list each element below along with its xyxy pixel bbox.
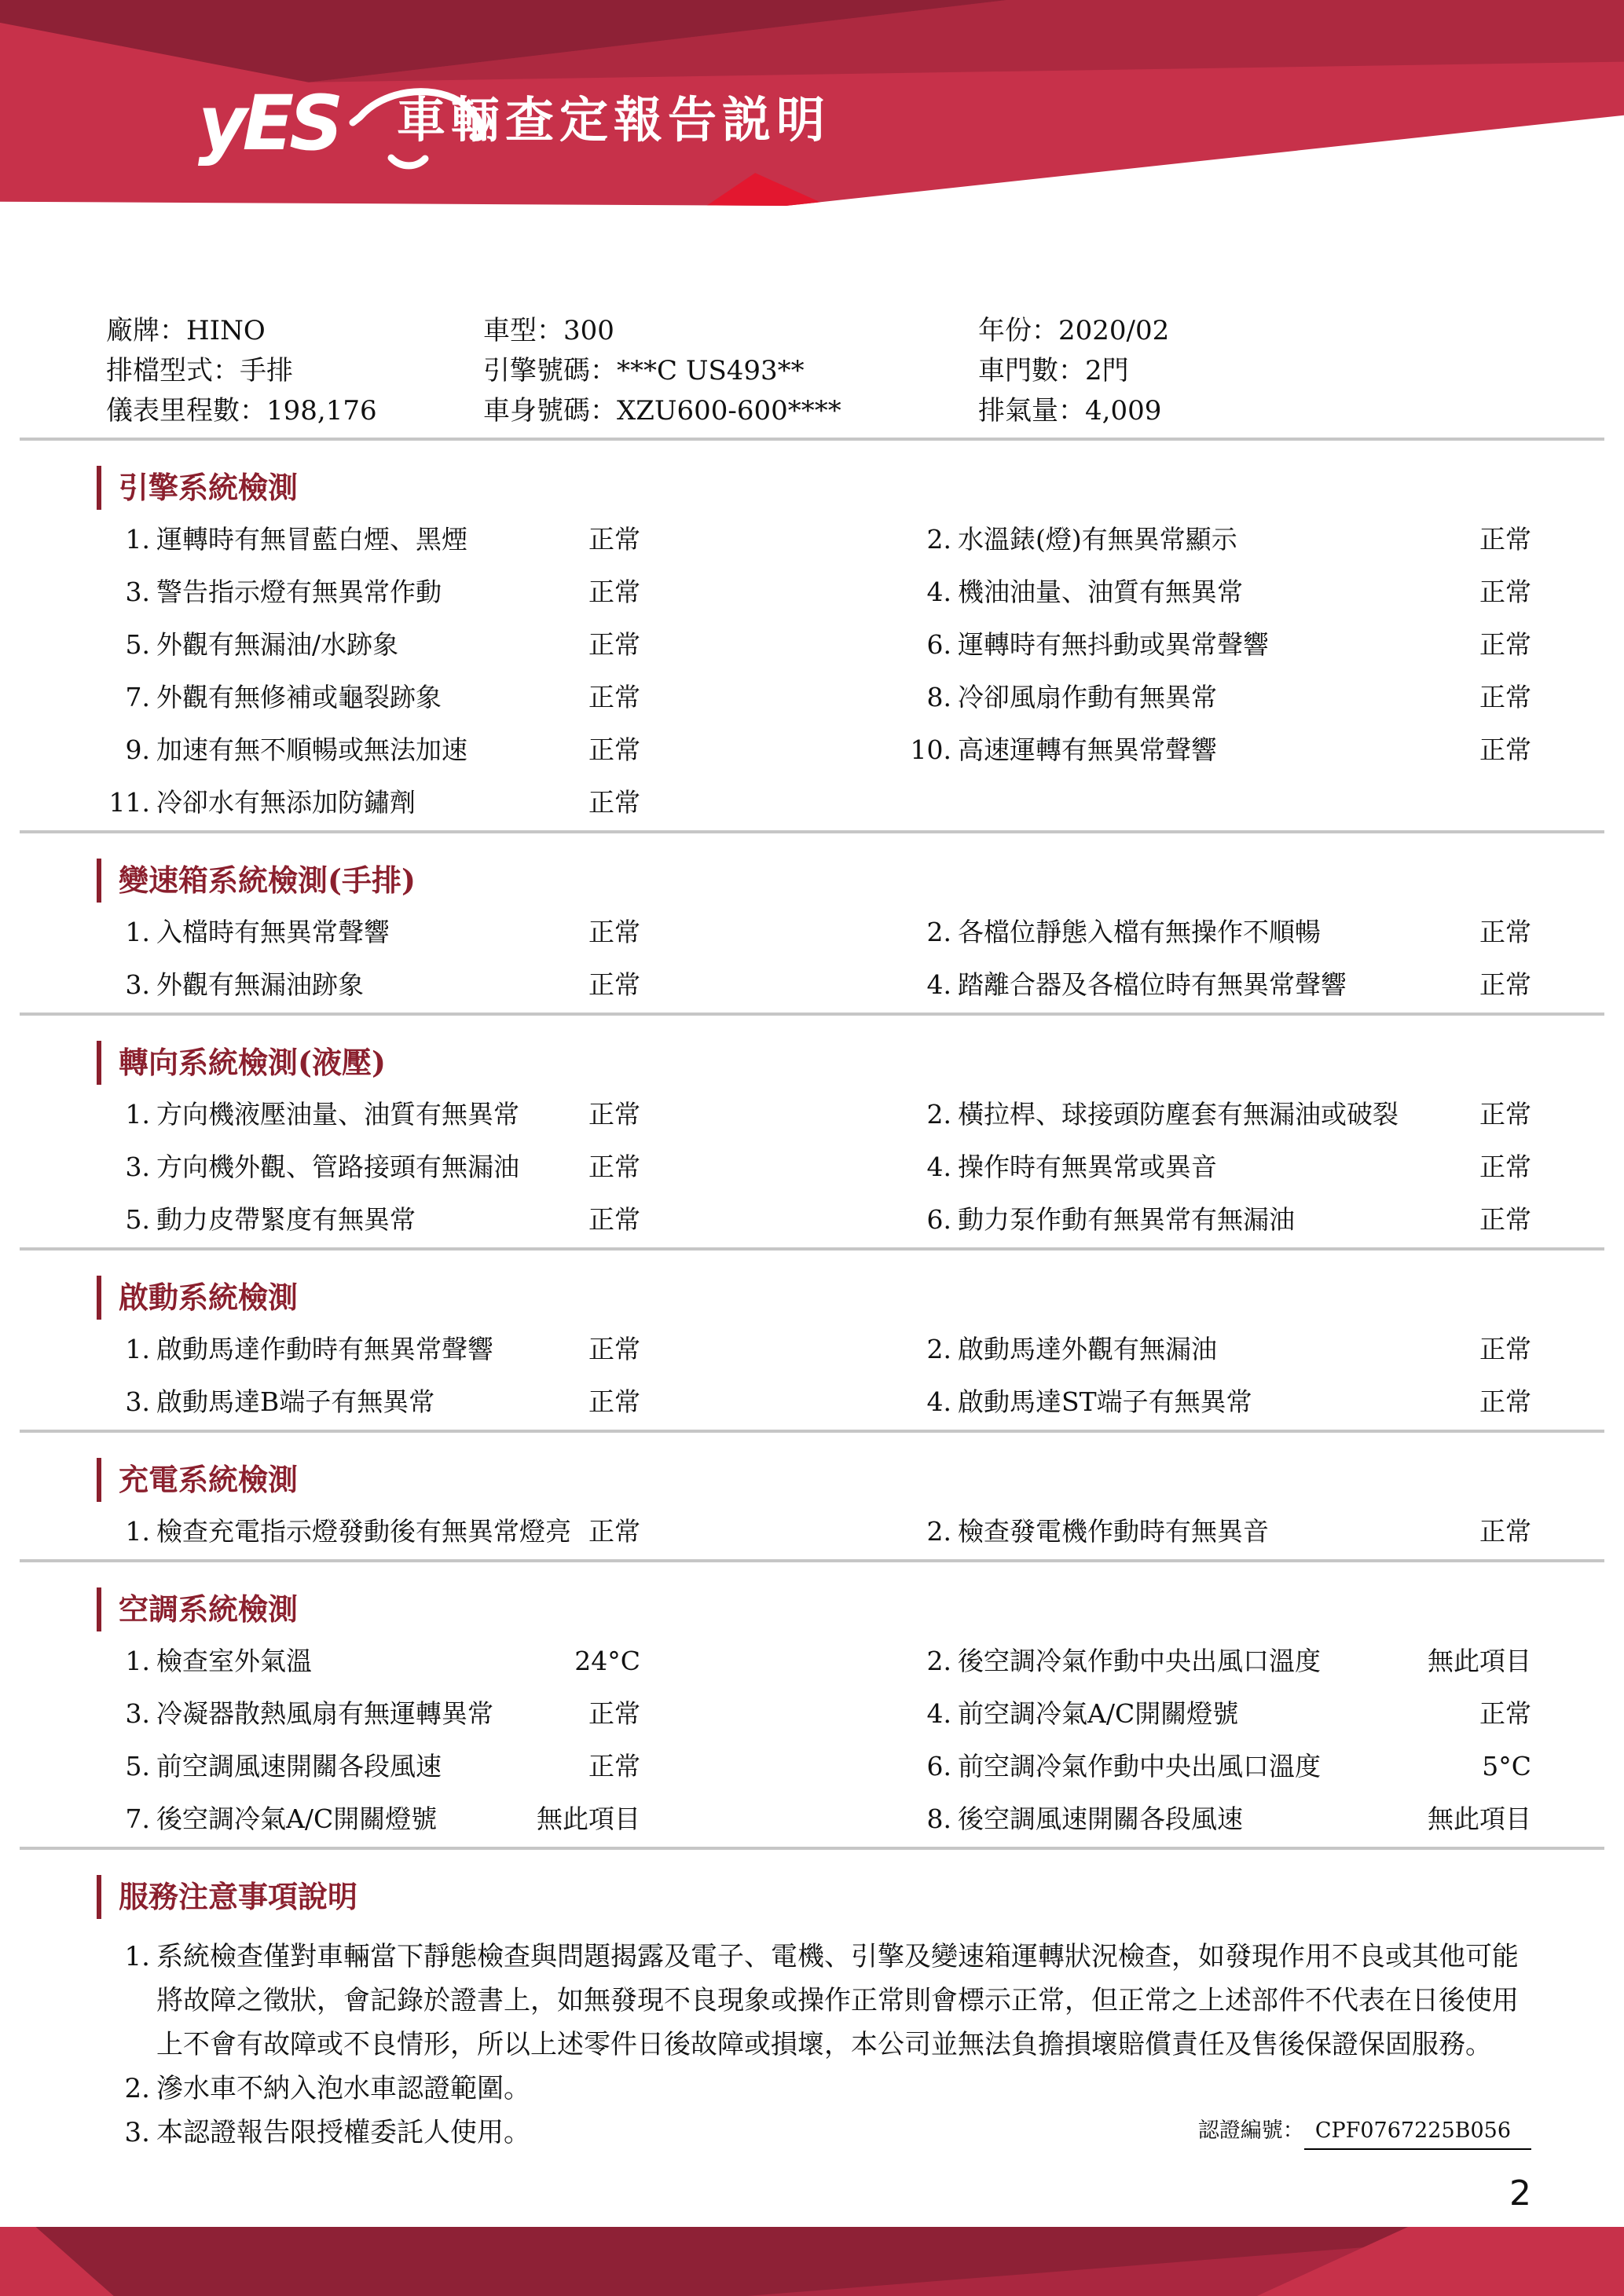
item-number: 2.: [907, 917, 951, 948]
item-result: 正常: [1479, 524, 1531, 555]
item-text: 前空調風速開關各段風速: [156, 1751, 579, 1782]
check-item-grid: 1.檢查室外氣溫24°C2.後空調冷氣作動中央出風口溫度無此項目3.冷凝器散熱風…: [106, 1646, 1531, 1835]
note-text: 系統檢查僅對車輛當下靜態檢查與問題揭露及電子、電機、引擎及變速箱運轉狀況檢查，如…: [156, 1935, 1531, 2067]
section-heading: 服務注意事項說明: [97, 1875, 1531, 1919]
item-text: 各檔位靜態入檔有無操作不順暢: [958, 917, 1470, 948]
item-result: 正常: [588, 734, 640, 766]
item-text: 冷凝器散熱風扇有無運轉異常: [156, 1698, 579, 1730]
separator: [20, 1013, 1604, 1016]
item-result: 正常: [588, 1386, 640, 1418]
vehicle-info-field: 車門數：2門: [978, 351, 1531, 391]
section-heading: 引擎系統檢測: [97, 466, 1531, 510]
item-text: 入檔時有無異常聲響: [156, 917, 579, 948]
footer-light-triangle: [0, 2227, 1624, 2296]
section-heading: 轉向系統檢測(液壓): [97, 1041, 1531, 1085]
item-number: 6.: [907, 1204, 951, 1236]
item-result: 正常: [588, 1099, 640, 1130]
field-value: 2門: [1085, 355, 1129, 386]
separator: [20, 1247, 1604, 1251]
check-item: 8.後空調風速開關各段風速無此項目: [907, 1803, 1531, 1835]
vehicle-info-field: 年份：2020/02: [978, 311, 1531, 351]
item-text: 後空調冷氣A/C開關燈號: [156, 1803, 527, 1835]
item-result: 正常: [1479, 629, 1531, 661]
item-result: 無此項目: [1428, 1803, 1531, 1835]
field-value: 2020/02: [1058, 315, 1169, 346]
item-result: 正常: [588, 917, 640, 948]
vehicle-info-field: 引擎號碼：***C US493**: [483, 351, 978, 391]
vehicle-info-field: 排檔型式：手排: [106, 351, 483, 391]
item-text: 動力泵作動有無異常有無漏油: [958, 1204, 1470, 1236]
item-text: 橫拉桿、球接頭防塵套有無漏油或破裂: [958, 1099, 1470, 1130]
field-label: 廠牌：: [106, 315, 186, 346]
item-number: 1.: [106, 1516, 150, 1547]
item-number: 2.: [907, 524, 951, 555]
item-number: 2.: [907, 1099, 951, 1130]
check-item: 1.方向機液壓油量、油質有無異常正常: [106, 1099, 640, 1130]
check-item: 2.後空調冷氣作動中央出風口溫度無此項目: [907, 1646, 1531, 1677]
check-section: 啟動系統檢測1.啟動馬達作動時有無異常聲響正常2.啟動馬達外觀有無漏油正常3.啟…: [106, 1276, 1531, 1418]
item-number: 5.: [106, 1751, 150, 1782]
item-number: 3.: [106, 969, 150, 1001]
check-item: 11.冷卻水有無添加防鏽劑正常: [106, 787, 640, 818]
check-item: 4.機油油量、油質有無異常正常: [907, 577, 1531, 608]
service-note: 2.滲水車不納入泡水車認證範圍。: [106, 2067, 1531, 2111]
check-item: 3.啟動馬達B端子有無異常正常: [106, 1386, 640, 1418]
check-item-grid: 1.檢查充電指示燈發動後有無異常燈亮正常2.檢查發電機作動時有無異音正常: [106, 1516, 1531, 1547]
item-text: 加速有無不順暢或無法加速: [156, 734, 579, 766]
item-text: 冷卻風扇作動有無異常: [958, 682, 1470, 713]
item-number: 7.: [106, 682, 150, 713]
item-number: 8.: [907, 682, 951, 713]
section-heading: 充電系統檢測: [97, 1458, 1531, 1502]
item-text: 運轉時有無冒藍白煙、黑煙: [156, 524, 579, 555]
item-number: 5.: [106, 629, 150, 661]
vehicle-info-field: 車型：300: [483, 311, 978, 351]
check-section: 空調系統檢測1.檢查室外氣溫24°C2.後空調冷氣作動中央出風口溫度無此項目3.…: [106, 1587, 1531, 1835]
item-result: 正常: [1479, 1152, 1531, 1183]
item-number: 3.: [106, 1698, 150, 1730]
check-item: 2.啟動馬達外觀有無漏油正常: [907, 1334, 1531, 1365]
item-text: 外觀有無漏油跡象: [156, 969, 579, 1001]
item-result: 正常: [1479, 969, 1531, 1001]
check-item: 6.前空調冷氣作動中央出風口溫度5°C: [907, 1751, 1531, 1782]
service-notes-section: 服務注意事項說明 1.系統檢查僅對車輛當下靜態檢查與問題揭露及電子、電機、引擎及…: [106, 1875, 1531, 2150]
field-value: XZU600-600****: [617, 395, 841, 427]
item-result: 24°C: [574, 1646, 640, 1677]
vehicle-info-field: 車身號碼：XZU600-600****: [483, 391, 978, 431]
page-number: 2: [1509, 2173, 1531, 2214]
item-number: 4.: [907, 1152, 951, 1183]
check-item: 2.檢查發電機作動時有無異音正常: [907, 1516, 1531, 1547]
check-item: 3.冷凝器散熱風扇有無運轉異常正常: [106, 1698, 640, 1730]
check-item: 1.運轉時有無冒藍白煙、黑煙正常: [106, 524, 640, 555]
item-text: 後空調風速開關各段風速: [958, 1803, 1418, 1835]
service-note: 1.系統檢查僅對車輛當下靜態檢查與問題揭露及電子、電機、引擎及變速箱運轉狀況檢查…: [106, 1935, 1531, 2067]
item-text: 檢查發電機作動時有無異音: [958, 1516, 1470, 1547]
item-number: 9.: [106, 734, 150, 766]
item-result: 正常: [588, 1751, 640, 1782]
field-value: 手排: [240, 355, 293, 386]
item-text: 方向機液壓油量、油質有無異常: [156, 1099, 579, 1130]
field-value: 198,176: [266, 395, 377, 427]
field-label: 引擎號碼：: [483, 355, 617, 386]
note-number: 1.: [106, 1935, 150, 1979]
item-number: 7.: [106, 1803, 150, 1835]
check-item: 4.操作時有無異常或異音正常: [907, 1152, 1531, 1183]
check-section: 變速箱系統檢測(手排)1.入檔時有無異常聲響正常2.各檔位靜態入檔有無操作不順暢…: [106, 859, 1531, 1001]
item-text: 檢查充電指示燈發動後有無異常燈亮: [156, 1516, 579, 1547]
item-number: 11.: [106, 787, 150, 818]
item-number: 3.: [106, 1152, 150, 1183]
check-item-grid: 1.啟動馬達作動時有無異常聲響正常2.啟動馬達外觀有無漏油正常3.啟動馬達B端子…: [106, 1334, 1531, 1418]
item-text: 機油油量、油質有無異常: [958, 577, 1470, 608]
field-label: 年份：: [978, 315, 1058, 346]
item-text: 冷卻水有無添加防鏽劑: [156, 787, 579, 818]
field-value: HINO: [186, 315, 266, 346]
section-heading: 空調系統檢測: [97, 1587, 1531, 1631]
field-value: ***C US493**: [617, 355, 805, 386]
item-text: 啟動馬達ST端子有無異常: [958, 1386, 1470, 1418]
field-label: 車型：: [483, 315, 563, 346]
item-text: 運轉時有無抖動或異常聲響: [958, 629, 1470, 661]
separator: [20, 438, 1604, 441]
check-item: 6.動力泵作動有無異常有無漏油正常: [907, 1204, 1531, 1236]
item-result: 正常: [588, 629, 640, 661]
item-number: 3.: [106, 577, 150, 608]
item-text: 動力皮帶緊度有無異常: [156, 1204, 579, 1236]
item-text: 後空調冷氣作動中央出風口溫度: [958, 1646, 1418, 1677]
item-result: 正常: [1479, 917, 1531, 948]
check-section: 充電系統檢測1.檢查充電指示燈發動後有無異常燈亮正常2.檢查發電機作動時有無異音…: [106, 1458, 1531, 1547]
check-item: 6.運轉時有無抖動或異常聲響正常: [907, 629, 1531, 661]
item-number: 1.: [106, 917, 150, 948]
separator: [20, 830, 1604, 833]
cert-value: CPF0767225B056: [1304, 2115, 1531, 2150]
item-result: 正常: [1479, 1698, 1531, 1730]
separator: [20, 1559, 1604, 1562]
note-text: 滲水車不納入泡水車認證範圍。: [156, 2067, 1531, 2111]
check-item: 5.前空調風速開關各段風速正常: [106, 1751, 640, 1782]
item-number: 1.: [106, 524, 150, 555]
item-result: 正常: [588, 577, 640, 608]
check-section: 轉向系統檢測(液壓)1.方向機液壓油量、油質有無異常正常2.橫拉桿、球接頭防塵套…: [106, 1041, 1531, 1236]
note-number: 2.: [106, 2067, 150, 2111]
item-result: 正常: [588, 969, 640, 1001]
item-result: 正常: [1479, 682, 1531, 713]
item-result: 正常: [1479, 734, 1531, 766]
check-item: 2.橫拉桿、球接頭防塵套有無漏油或破裂正常: [907, 1099, 1531, 1130]
item-text: 警告指示燈有無異常作動: [156, 577, 579, 608]
item-result: 正常: [1479, 1386, 1531, 1418]
field-label: 儀表里程數：: [106, 395, 266, 427]
item-result: 正常: [588, 682, 640, 713]
item-number: 2.: [907, 1334, 951, 1365]
separator: [20, 1847, 1604, 1850]
item-text: 高速運轉有無異常聲響: [958, 734, 1470, 766]
check-item: 10.高速運轉有無異常聲響正常: [907, 734, 1531, 766]
item-result: 無此項目: [537, 1803, 640, 1835]
check-item: 2.各檔位靜態入檔有無操作不順暢正常: [907, 917, 1531, 948]
check-item: 3.方向機外觀、管路接頭有無漏油正常: [106, 1152, 640, 1183]
check-item: 7.後空調冷氣A/C開關燈號無此項目: [106, 1803, 640, 1835]
item-text: 啟動馬達B端子有無異常: [156, 1386, 579, 1418]
item-number: 2.: [907, 1516, 951, 1547]
item-result: 5°C: [1482, 1751, 1531, 1782]
item-number: 4.: [907, 1698, 951, 1730]
item-number: 6.: [907, 629, 951, 661]
separator: [20, 1430, 1604, 1433]
check-item: 4.啟動馬達ST端子有無異常正常: [907, 1386, 1531, 1418]
item-number: 4.: [907, 1386, 951, 1418]
item-text: 方向機外觀、管路接頭有無漏油: [156, 1152, 579, 1183]
item-result: 正常: [588, 1334, 640, 1365]
field-value: 4,009: [1085, 395, 1161, 427]
check-item: 3.警告指示燈有無異常作動正常: [106, 577, 640, 608]
check-item-grid: 1.入檔時有無異常聲響正常2.各檔位靜態入檔有無操作不順暢正常3.外觀有無漏油跡…: [106, 917, 1531, 1001]
section-heading: 變速箱系統檢測(手排): [97, 859, 1531, 903]
item-result: 正常: [588, 1698, 640, 1730]
check-item: 5.動力皮帶緊度有無異常正常: [106, 1204, 640, 1236]
item-result: 正常: [588, 787, 640, 818]
vehicle-info-field: 廠牌：HINO: [106, 311, 483, 351]
item-number: 6.: [907, 1751, 951, 1782]
item-number: 3.: [106, 1386, 150, 1418]
item-result: 正常: [1479, 577, 1531, 608]
item-number: 1.: [106, 1646, 150, 1677]
check-item-grid: 1.運轉時有無冒藍白煙、黑煙正常2.水溫錶(燈)有無異常顯示正常3.警告指示燈有…: [106, 524, 1531, 818]
item-result: 正常: [1479, 1204, 1531, 1236]
note-number: 3.: [106, 2111, 150, 2155]
field-label: 車門數：: [978, 355, 1085, 386]
field-value: 300: [563, 315, 614, 346]
item-number: 1.: [106, 1334, 150, 1365]
item-number: 1.: [106, 1099, 150, 1130]
field-label: 排檔型式：: [106, 355, 240, 386]
section-heading: 啟動系統檢測: [97, 1276, 1531, 1320]
cert-label: 認證編號：: [1198, 2115, 1304, 2147]
item-result: 正常: [588, 1152, 640, 1183]
item-number: 4.: [907, 577, 951, 608]
check-item: 5.外觀有無漏油/水跡象正常: [106, 629, 640, 661]
item-text: 啟動馬達外觀有無漏油: [958, 1334, 1470, 1365]
check-item: 2.水溫錶(燈)有無異常顯示正常: [907, 524, 1531, 555]
item-result: 正常: [1479, 1334, 1531, 1365]
check-section: 引擎系統檢測1.運轉時有無冒藍白煙、黑煙正常2.水溫錶(燈)有無異常顯示正常3.…: [106, 466, 1531, 818]
item-result: 無此項目: [1428, 1646, 1531, 1677]
footer-banner: [0, 2227, 1624, 2296]
item-text: 檢查室外氣溫: [156, 1646, 565, 1677]
item-result: 正常: [1479, 1516, 1531, 1547]
item-text: 水溫錶(燈)有無異常顯示: [958, 524, 1470, 555]
item-text: 啟動馬達作動時有無異常聲響: [156, 1334, 579, 1365]
field-label: 排氣量：: [978, 395, 1085, 427]
item-number: 5.: [106, 1204, 150, 1236]
check-item: 4.前空調冷氣A/C開關燈號正常: [907, 1698, 1531, 1730]
check-item: 8.冷卻風扇作動有無異常正常: [907, 682, 1531, 713]
item-text: 操作時有無異常或異音: [958, 1152, 1470, 1183]
item-text: 外觀有無修補或龜裂跡象: [156, 682, 579, 713]
item-number: 4.: [907, 969, 951, 1001]
check-item: 1.檢查充電指示燈發動後有無異常燈亮正常: [106, 1516, 640, 1547]
vehicle-info-field: 儀表里程數：198,176: [106, 391, 483, 431]
check-item: 1.啟動馬達作動時有無異常聲響正常: [106, 1334, 640, 1365]
item-number: 2.: [907, 1646, 951, 1677]
item-result: 正常: [1479, 1099, 1531, 1130]
item-result: 正常: [588, 524, 640, 555]
item-result: 正常: [588, 1204, 640, 1236]
check-item: 1.檢查室外氣溫24°C: [106, 1646, 640, 1677]
check-item: 7.外觀有無修補或龜裂跡象正常: [106, 682, 640, 713]
vehicle-info-field: 排氣量：4,009: [978, 391, 1531, 431]
check-item: 4.踏離合器及各檔位時有無異常聲響正常: [907, 969, 1531, 1001]
item-text: 踏離合器及各檔位時有無異常聲響: [958, 969, 1470, 1001]
report-page: yES 車輛查定報告説明 廠牌：HINO車型：300年份：2020/02排檔型式…: [0, 0, 1624, 2296]
check-item: 1.入檔時有無異常聲響正常: [106, 917, 640, 948]
report-body: 廠牌：HINO車型：300年份：2020/02排檔型式：手排引擎號碼：***C …: [0, 0, 1624, 2150]
item-text: 前空調冷氣A/C開關燈號: [958, 1698, 1470, 1730]
field-label: 車身號碼：: [483, 395, 617, 427]
check-item-grid: 1.方向機液壓油量、油質有無異常正常2.橫拉桿、球接頭防塵套有無漏油或破裂正常3…: [106, 1099, 1531, 1236]
item-number: 8.: [907, 1803, 951, 1835]
check-item: 9.加速有無不順暢或無法加速正常: [106, 734, 640, 766]
item-number: 10.: [907, 734, 951, 766]
check-item: 3.外觀有無漏油跡象正常: [106, 969, 640, 1001]
item-text: 外觀有無漏油/水跡象: [156, 629, 579, 661]
item-text: 前空調冷氣作動中央出風口溫度: [958, 1751, 1472, 1782]
check-sections: 引擎系統檢測1.運轉時有無冒藍白煙、黑煙正常2.水溫錶(燈)有無異常顯示正常3.…: [106, 466, 1531, 1850]
vehicle-info: 廠牌：HINO車型：300年份：2020/02排檔型式：手排引擎號碼：***C …: [106, 311, 1531, 431]
item-result: 正常: [588, 1516, 640, 1547]
